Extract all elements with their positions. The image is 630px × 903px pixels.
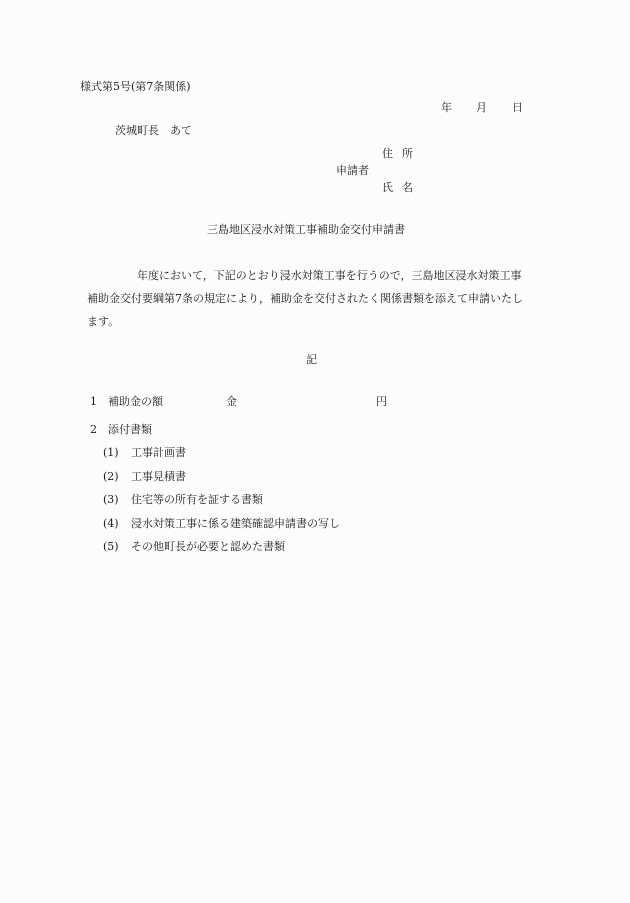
subitem-label: 工事見積書: [131, 470, 186, 483]
subitem-label: その他町長が必要と認めた書類: [131, 540, 285, 553]
item-label: 添付書類: [108, 423, 152, 436]
body-line-2: 補助金交付要綱第7条の規定により，補助金を交付されたく関係書類を添えて申請いたし: [87, 287, 557, 310]
amount-prefix: 金: [226, 395, 237, 409]
subitem-label: 住宅等の所有を証する書類: [131, 493, 263, 506]
list-item: (1)工事計画書: [103, 446, 340, 470]
list-item: (5)その他町長が必要と認めた書類: [103, 540, 340, 564]
amount-suffix: 円: [376, 395, 387, 409]
subitem-label: 浸水対策工事に係る建築確認申請書の写し: [131, 517, 340, 530]
list-item: (3)住宅等の所有を証する書類: [103, 493, 340, 517]
form-number: 様式第5号(第7条関係): [80, 80, 191, 94]
ki-heading: 記: [306, 353, 317, 367]
date-year-label: 年: [441, 101, 452, 115]
applicant-label: 申請者: [336, 164, 369, 178]
subitem-number: (4): [103, 517, 131, 531]
item-subsidy-amount: 1補助金の額: [90, 395, 163, 409]
item-label: 補助金の額: [108, 395, 163, 408]
item-number: 1: [90, 395, 108, 409]
body-line-1: 年度において，下記のとおり浸水対策工事を行うので，三島地区浸水対策工事: [87, 264, 557, 287]
body-paragraph: 年度において，下記のとおり浸水対策工事を行うので，三島地区浸水対策工事 補助金交…: [87, 264, 557, 333]
list-item: (4)浸水対策工事に係る建築確認申請書の写し: [103, 517, 340, 541]
subitem-number: (3): [103, 493, 131, 507]
item-attachments: 2添付書類: [90, 423, 152, 437]
body-line-3: ます。: [87, 310, 557, 333]
subitem-number: (2): [103, 470, 131, 484]
attachments-list: (1)工事計画書 (2)工事見積書 (3)住宅等の所有を証する書類 (4)浸水対…: [103, 446, 340, 564]
addressee: 茨城町長 あて: [115, 124, 192, 138]
date-day-label: 日: [512, 101, 523, 115]
applicant-address-label: 住所: [382, 147, 422, 161]
subitem-label: 工事計画書: [131, 446, 186, 459]
date-month-label: 月: [476, 101, 487, 115]
list-item: (2)工事見積書: [103, 470, 340, 494]
document-title: 三島地区浸水対策工事補助金交付申請書: [207, 223, 405, 237]
item-number: 2: [90, 423, 108, 437]
applicant-name-label: 氏名: [382, 181, 422, 195]
subitem-number: (1): [103, 446, 131, 460]
subitem-number: (5): [103, 540, 131, 554]
